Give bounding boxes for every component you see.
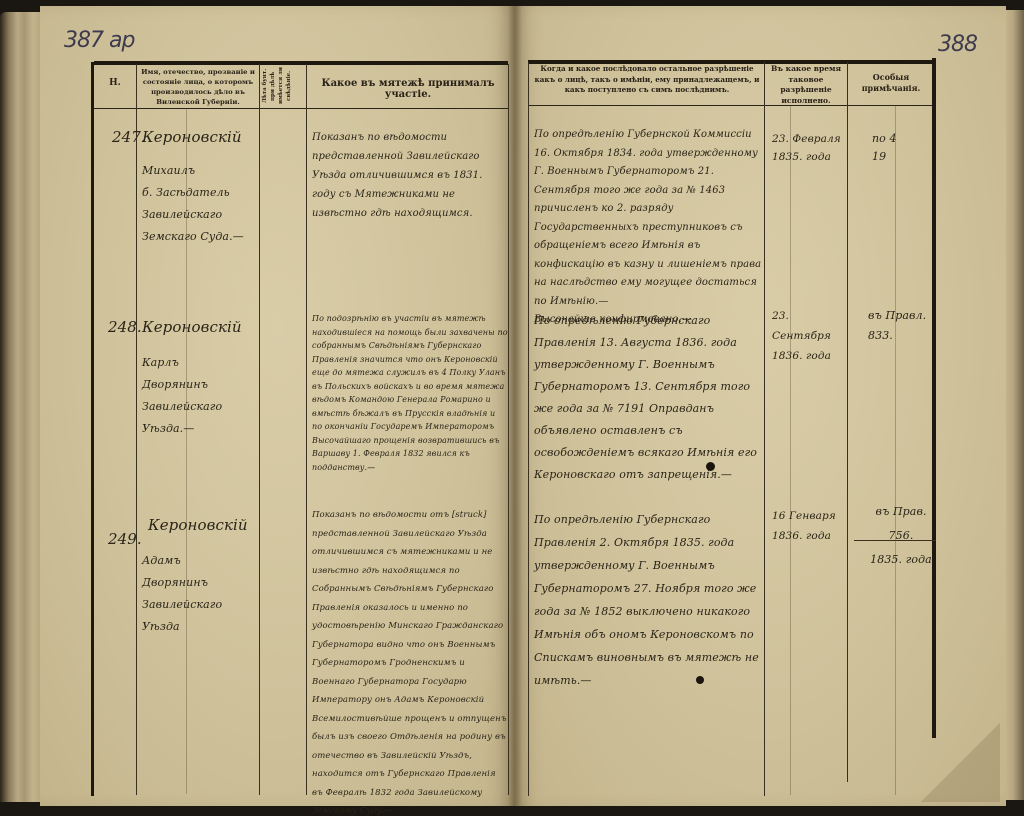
row-surname: Кероновскій [142,124,242,150]
row-resolution: По опредѣленію Губернской Коммиссіи 16. … [534,126,764,330]
row-resolution: По опредѣленію Губернскаго Правленія 2. … [534,508,764,692]
left-header-rule [94,108,508,109]
paper-hole [706,462,715,471]
header-executed: Въ какое время таковое разрѣшеніе исполн… [766,64,846,106]
header-resolution: Когда и какое послѣдовало остальное разр… [530,64,764,96]
left-outer-border [91,62,94,796]
row-surname: Кероновскій [142,314,242,340]
page-edges-left [0,12,44,802]
paper-hole [696,676,704,684]
row-executed-date: 16 Генваря 1836. года [772,506,848,546]
col-divider-number [136,64,137,795]
row-notes: въ Прав. 756. 1835. года [856,500,946,572]
page-corner-fold [920,722,1000,802]
header-number: Н. [100,78,130,89]
row-name-details: Карлъ Дворянинъ Завилейскаго Уѣзда.— [142,352,257,440]
header-participation: Какое въ мятежѣ принималъ участіе. [308,78,508,100]
col-faint-divider-right [790,105,791,795]
notes-underline [854,540,936,541]
col-divider-name [259,64,260,795]
right-folio-number: 388 [938,32,977,57]
col-divider-resolution [764,62,765,796]
left-top-rule [94,61,508,65]
row-resolution: По опредѣленію Губернскаго Правленія 13.… [534,310,764,486]
left-folio-number: 387 ap [64,28,134,53]
row-participation: По подозрѣнію въ участіи въ мятежѣ наход… [312,312,508,474]
col-divider-participation [508,64,509,795]
row-participation: Показанъ по вѣдомости представленной Зав… [312,128,506,223]
row-participation: Показанъ по вѣдомости отъ [struck] предс… [312,506,508,816]
right-outer-border [932,58,936,738]
row-executed-date: 23. Сентября 1836. года [772,306,848,366]
row-notes: въ Правл. 833. [868,306,934,346]
header-name: Имя, отечество, прозваніе и состояніе ли… [138,67,258,107]
row-number: 249. [108,530,142,550]
row-notes: по 4 19 [872,130,932,166]
row-number: 247. [112,128,146,148]
row-executed-date: 23. Февраля 1835. года [772,130,848,166]
col-divider-resolution-left [528,62,529,796]
header-vertical: Лѣта бунт. при дѣлѣ имѣется ли свѣдѣніе. [261,66,305,106]
row-name-details: Адамъ Дворянинъ Завилейскаго Уѣзда [142,550,257,638]
col-divider-vertical [306,64,307,795]
col-divider-executed [847,62,848,782]
col-faint-divider-notes [895,105,896,795]
row-name-details: Михаилъ б. Засѣдатель Завилейскаго Земск… [142,160,257,248]
row-number: 248. [108,318,142,338]
row-surname: Кероновскій [148,512,248,538]
book-gutter [508,6,522,806]
right-header-rule [528,105,935,106]
header-notes: Особыя примѣчанія. [850,72,932,94]
book-spread: 387 ap 388 Н. Имя, отечество, прозваніе … [0,0,1024,816]
